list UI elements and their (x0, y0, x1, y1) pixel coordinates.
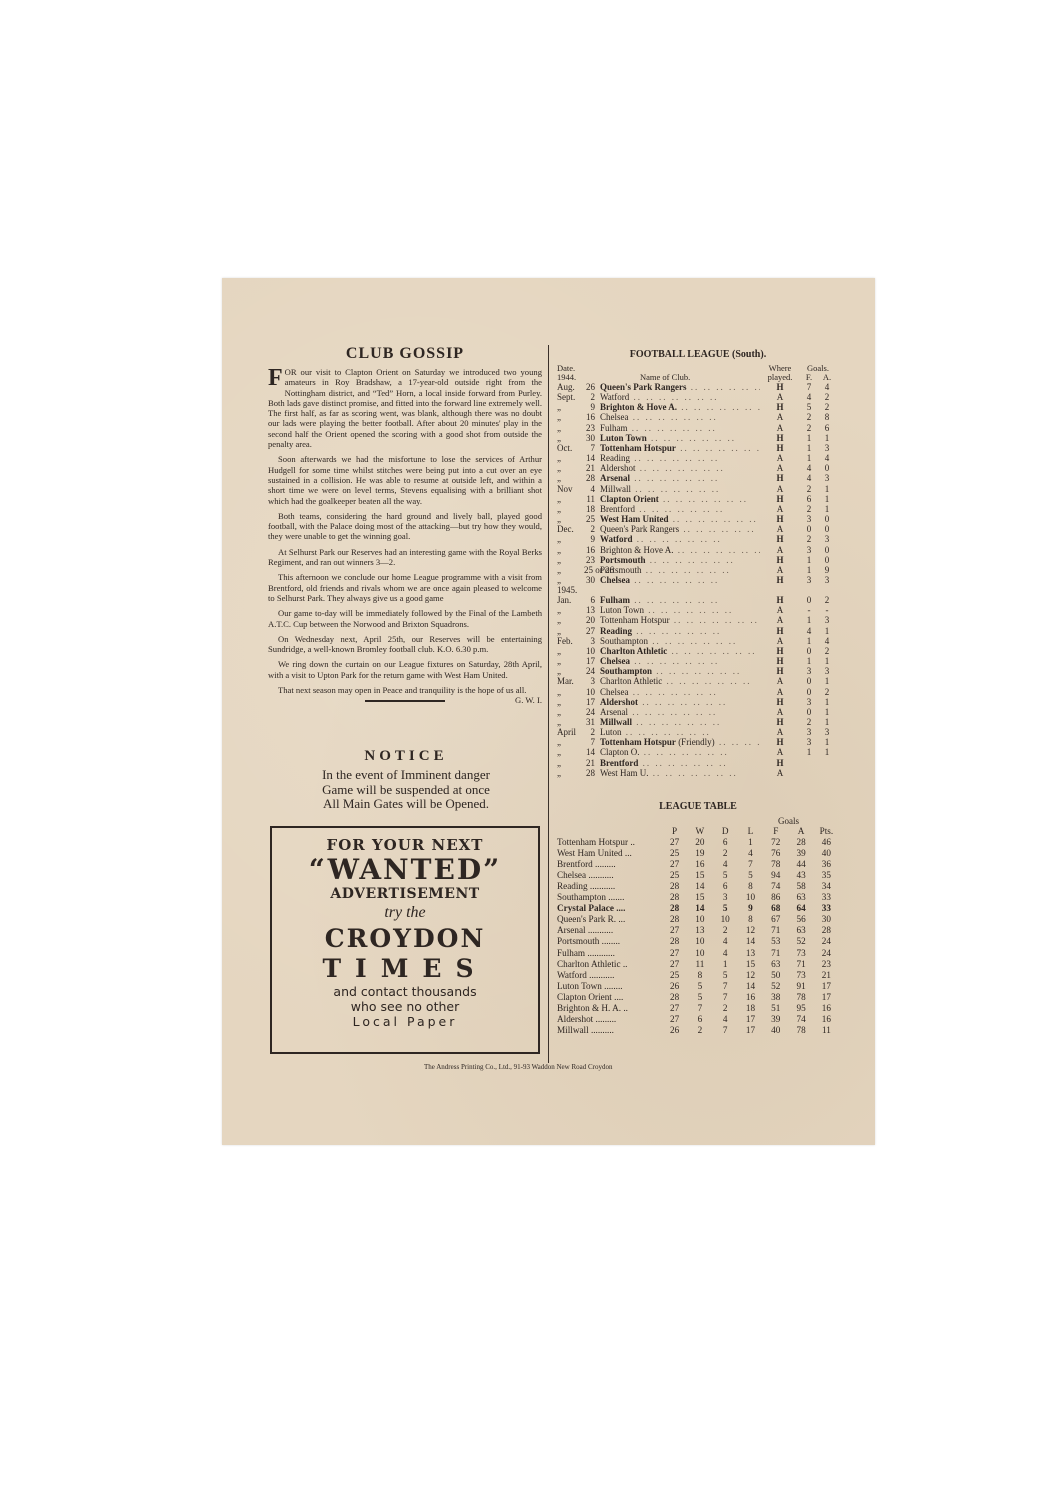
team-name: Southampton ....... (557, 892, 662, 903)
stat-a: 56 (788, 914, 813, 925)
stat-d: 5 (713, 870, 738, 881)
stat-p: 28 (662, 936, 687, 947)
fixture-month: „ (557, 402, 584, 412)
fixture-month: „ (557, 545, 584, 555)
stat-w: 14 (687, 881, 712, 892)
leader-dots: .. .. .. .. .. .. .. (630, 453, 719, 463)
stat-d: 2 (713, 925, 738, 936)
goals-for: 6 (800, 494, 818, 504)
fixture-month: „ (557, 453, 584, 463)
stat-pts: 34 (814, 881, 839, 892)
drop-cap: F (268, 368, 283, 388)
goals-for: 3 (800, 697, 818, 707)
fixture-month: „ (557, 494, 584, 504)
fixture-row: „9Watford .. .. .. .. .. .. ..H23 (557, 534, 839, 544)
year-label: 1945. (557, 585, 839, 595)
fixture-day: 21 (584, 463, 600, 473)
fixture-venue: H (760, 555, 800, 565)
stat-d: 5 (713, 970, 738, 981)
stat-a: 95 (788, 1003, 813, 1014)
goals-for: 4 (800, 463, 818, 473)
leader-dots: .. .. .. .. .. .. .. (632, 717, 721, 727)
stat-p: 28 (662, 992, 687, 1003)
stat-f: 72 (763, 837, 788, 848)
fixture-venue: A (760, 453, 800, 463)
fixture-venue: A (760, 565, 800, 575)
advert-line: who see no other (272, 999, 538, 1014)
leader-dots: .. .. .. .. .. .. .. (629, 392, 718, 402)
club-name: Brentford (600, 504, 635, 514)
stat-p: 25 (662, 848, 687, 859)
fixture-month: Sept. (557, 392, 584, 402)
fixture-day: 3 (584, 676, 600, 686)
goals-against (818, 768, 836, 778)
leader-dots: .. .. .. .. .. .. .. (649, 768, 738, 778)
fixture-month: „ (557, 707, 584, 717)
goals-for: 7 (800, 382, 818, 392)
club-name: Portsmouth (600, 565, 642, 575)
stat-pts: 30 (814, 914, 839, 925)
stat-pts: 35 (814, 870, 839, 881)
stat-a: 63 (788, 925, 813, 936)
goals-against: 1 (818, 707, 836, 717)
stat-d: 7 (713, 992, 738, 1003)
fixture-row: „17Aldershot .. .. .. .. .. .. ..H31 (557, 697, 839, 707)
league-row: Brentford .........271647784436 (557, 859, 839, 870)
stat-a: 74 (788, 1014, 813, 1025)
leader-dots: .. .. .. .. .. .. .. (628, 423, 717, 433)
league-row: Crystal Palace ....281459686433 (557, 903, 839, 914)
fixture-row: „10Charlton Athletic .. .. .. .. .. .. .… (557, 646, 839, 656)
leader-dots: .. .. .. .. .. .. .. (630, 575, 719, 585)
leader-dots: .. .. .. .. .. .. .. (669, 514, 758, 524)
club-name: Fulham (600, 595, 630, 605)
fixture-row: „11Clapton Orient .. .. .. .. .. .. ..H6… (557, 494, 839, 504)
leader-dots: .. .. .. .. .. .. .. (638, 758, 727, 768)
fixture-month: „ (557, 575, 584, 585)
leader-dots: .. .. .. .. .. .. .. (667, 646, 756, 656)
fixture-venue: A (760, 636, 800, 646)
league-header: PWDLFAPts. (557, 826, 839, 837)
goals-for: 3 (800, 514, 818, 524)
fixture-month: „ (557, 666, 584, 676)
fixture-row: „14Reading .. .. .. .. .. .. ..A14 (557, 453, 839, 463)
leader-dots: .. .. .. .. .. .. .. (644, 605, 733, 615)
stat-p: 26 (662, 981, 687, 992)
leader-dots: .. .. .. .. .. .. .. (679, 524, 760, 534)
stat-p: 27 (662, 925, 687, 936)
stat-d: 7 (713, 1025, 738, 1036)
fixture-venue: A (760, 676, 800, 686)
fixture-row: „25 or 26Portsmouth .. .. .. .. .. .. ..… (557, 565, 839, 575)
fixtures-1945: Jan.6Fulham .. .. .. .. .. .. ..H02„13Lu… (557, 595, 839, 778)
stat-p: 27 (662, 1003, 687, 1014)
goals-against: 3 (818, 615, 836, 625)
goals-against: 6 (818, 423, 836, 433)
fixture-day: 9 (584, 534, 600, 544)
fixture-club: West Ham U. .. .. .. .. .. .. .. (600, 768, 760, 778)
stat-p: 28 (662, 903, 687, 914)
fixtures-1944: Aug.26Queen's Park Rangers .. .. .. .. .… (557, 382, 839, 585)
goals-against: 4 (818, 453, 836, 463)
fixture-day: 4 (584, 484, 600, 494)
league-table: LEAGUE TABLE Goals PWDLFAPts. Tottenham … (557, 801, 839, 1036)
goals-for: 1 (800, 555, 818, 565)
fixture-club: Tottenham Hotspur (Friendly) .. .. .. ..… (600, 737, 760, 747)
stat-w: 10 (687, 936, 712, 947)
fixture-row: Aug.26Queen's Park Rangers .. .. .. .. .… (557, 382, 839, 392)
team-name: Brentford ......... (557, 859, 662, 870)
stat-w: 13 (687, 925, 712, 936)
gossip-paragraph: Our game to-day will be immediately foll… (268, 608, 542, 629)
fixture-day: 9 (584, 402, 600, 412)
fixture-month: „ (557, 423, 584, 433)
stat-l: 16 (738, 992, 763, 1003)
fixture-day: 26 (584, 382, 600, 392)
club-name: Brighton & Hove A. (600, 545, 674, 555)
fixture-month: „ (557, 565, 584, 575)
stat-pts: 17 (814, 992, 839, 1003)
fixture-venue: H (760, 697, 800, 707)
stat-p: 28 (662, 892, 687, 903)
fixture-club: Fulham .. .. .. .. .. .. .. (600, 423, 760, 433)
fixture-venue: A (760, 484, 800, 494)
fixture-day: 14 (584, 453, 600, 463)
club-name: Tottenham Hotspur (600, 737, 676, 747)
fixture-venue: H (760, 514, 800, 524)
fixture-month: „ (557, 463, 584, 473)
fixture-club: Charlton Athletic .. .. .. .. .. .. .. (600, 646, 760, 656)
stat-d: 4 (713, 859, 738, 870)
fixture-row: „20Tottenham Hotspur .. .. .. .. .. .. .… (557, 615, 839, 625)
goals-for: 1 (800, 656, 818, 666)
fixture-club: Portsmouth .. .. .. .. .. .. .. (600, 565, 760, 575)
stat-pts: 16 (814, 1003, 839, 1014)
fixture-day: 6 (584, 595, 600, 605)
advert-headline: “WANTED” (272, 854, 538, 886)
stat-w: 14 (687, 903, 712, 914)
stat-l: 8 (738, 914, 763, 925)
header-pts: Pts. (814, 826, 839, 837)
goals-for: 3 (800, 666, 818, 676)
stat-pts: 40 (814, 848, 839, 859)
stat-l: 14 (738, 936, 763, 947)
fixture-row: Nov4Millwall .. .. .. .. .. .. ..A21 (557, 484, 839, 494)
fixture-month: „ (557, 473, 584, 483)
fixture-row: „31Millwall .. .. .. .. .. .. ..H21 (557, 717, 839, 727)
stat-a: 39 (788, 848, 813, 859)
stat-a: 52 (788, 936, 813, 947)
advert-line: Local Paper (272, 1014, 538, 1029)
goals-for: 0 (800, 646, 818, 656)
stat-l: 9 (738, 903, 763, 914)
club-name: Watford (600, 534, 633, 544)
stat-pts: 23 (814, 959, 839, 970)
advert-line: ADVERTISEMENT (272, 886, 538, 902)
stat-p: 27 (662, 837, 687, 848)
leader-dots: .. .. .. .. .. .. .. (648, 636, 737, 646)
leader-dots: .. .. .. .. .. .. .. (640, 747, 729, 757)
fixture-venue: H (760, 382, 800, 392)
stat-p: 26 (662, 1025, 687, 1036)
fixtures-header: Date. Where Goals. (557, 364, 839, 373)
team-name: West Ham United ... (557, 848, 662, 859)
club-name: Tottenham Hotspur (600, 615, 670, 625)
leader-dots: .. .. .. .. .. .. .. (646, 555, 735, 565)
fixture-row: April2Luton .. .. .. .. .. .. ..A33 (557, 727, 839, 737)
leader-dots: .. .. .. .. .. .. .. (632, 626, 721, 636)
fixture-month: Mar. (557, 676, 584, 686)
fixture-venue: H (760, 666, 800, 676)
section-rule (365, 700, 445, 702)
goals-against: 1 (818, 626, 836, 636)
fixture-venue: A (760, 707, 800, 717)
stat-a: 71 (788, 959, 813, 970)
stat-pts: 17 (814, 981, 839, 992)
goals-for: 2 (800, 504, 818, 514)
goals-against: 0 (818, 524, 836, 534)
club-name: West Ham United (600, 514, 669, 524)
team-name: Queen's Park R. ... (557, 914, 662, 925)
league-row: Luton Town ........265714529117 (557, 981, 839, 992)
fixture-row: „21Brentford .. .. .. .. .. .. ..H (557, 758, 839, 768)
leader-dots: .. .. .. .. .. .. .. (662, 676, 751, 686)
club-gossip-column: CLUB GOSSIP FOR our visit to Clapton Ori… (268, 345, 542, 706)
stat-w: 15 (687, 870, 712, 881)
fixture-row: „13Luton Town .. .. .. .. .. .. ..A-- (557, 605, 839, 615)
club-name: Clapton O. (600, 747, 640, 757)
club-name: Millwall (600, 484, 631, 494)
goals-against: 1 (818, 504, 836, 514)
stat-d: 6 (713, 881, 738, 892)
stat-l: 15 (738, 959, 763, 970)
team-name: Watford ........... (557, 970, 662, 981)
fixture-day: 30 (584, 575, 600, 585)
stat-pts: 33 (814, 903, 839, 914)
leader-dots: .. .. .. .. .. .. .. (622, 727, 711, 737)
fixture-club: Arsenal .. .. .. .. .. .. .. (600, 707, 760, 717)
fixture-venue: H (760, 443, 800, 453)
notice-line: All Main Gates will be Opened. (268, 797, 544, 812)
club-name: Tottenham Hotspur (600, 443, 676, 453)
team-name: Reading ........... (557, 881, 662, 892)
club-name: Luton Town (600, 433, 647, 443)
fixture-venue: A (760, 392, 800, 402)
stat-d: 2 (713, 1003, 738, 1014)
fixture-month: „ (557, 514, 584, 524)
stat-l: 14 (738, 981, 763, 992)
leader-dots: .. .. .. .. .. .. .. (629, 412, 718, 422)
stat-w: 20 (687, 837, 712, 848)
stat-w: 5 (687, 981, 712, 992)
fixture-month: Oct. (557, 443, 584, 453)
fixture-venue: H (760, 402, 800, 412)
stat-p: 27 (662, 1014, 687, 1025)
goals-against: 8 (818, 412, 836, 422)
fixture-club: Luton .. .. .. .. .. .. .. (600, 727, 760, 737)
club-name: Portsmouth (600, 555, 646, 565)
fixture-club: Portsmouth .. .. .. .. .. .. .. (600, 555, 760, 565)
team-name: Clapton Orient .... (557, 992, 662, 1003)
goals-for: 1 (800, 615, 818, 625)
fixture-month: „ (557, 697, 584, 707)
leader-dots: .. .. .. .. .. .. .. (635, 504, 724, 514)
league-row: Tottenham Hotspur ..272061722846 (557, 837, 839, 848)
leader-dots: .. .. .. .. .. .. .. (638, 697, 727, 707)
fixture-club: Arsenal .. .. .. .. .. .. .. (600, 473, 760, 483)
team-name: Crystal Palace .... (557, 903, 662, 914)
league-row: Reading ...........281468745834 (557, 881, 839, 892)
signature: G. W. I. (505, 695, 542, 705)
fixture-venue: H (760, 433, 800, 443)
stat-a: 28 (788, 837, 813, 848)
fixture-row: „27Reading .. .. .. .. .. .. ..H41 (557, 626, 839, 636)
fixture-day: 21 (584, 758, 600, 768)
fixture-club: Clapton O. .. .. .. .. .. .. .. (600, 747, 760, 757)
stat-pts: 36 (814, 859, 839, 870)
advert-line: try the (272, 904, 538, 922)
fixture-day: 20 (584, 615, 600, 625)
goals-against: - (818, 605, 836, 615)
fixture-club: Reading .. .. .. .. .. .. .. (600, 453, 760, 463)
goals-against: 1 (818, 484, 836, 494)
stat-d: 6 (713, 837, 738, 848)
fixture-club: Brighton & Hove A. .. .. .. .. .. .. .. (600, 545, 760, 555)
goals-for: 1 (800, 747, 818, 757)
stat-f: 68 (763, 903, 788, 914)
stat-p: 25 (662, 970, 687, 981)
stat-pts: 24 (814, 948, 839, 959)
stat-p: 27 (662, 959, 687, 970)
goals-against: 1 (818, 747, 836, 757)
goals-for: 1 (800, 443, 818, 453)
club-name: Fulham (600, 423, 628, 433)
goals-against: 1 (818, 717, 836, 727)
team-name: Millwall .......... (557, 1025, 662, 1036)
team-name: Charlton Athletic .. (557, 959, 662, 970)
fixture-day: 17 (584, 697, 600, 707)
stat-l: 4 (738, 848, 763, 859)
leader-dots: .. .. .. .. .. .. .. (633, 534, 722, 544)
goals-against: 2 (818, 595, 836, 605)
stat-l: 13 (738, 948, 763, 959)
fixture-day: 25 or 26 (584, 565, 600, 575)
fixture-club: Chelsea .. .. .. .. .. .. .. (600, 412, 760, 422)
stat-d: 10 (713, 914, 738, 925)
stat-w: 15 (687, 892, 712, 903)
fixture-venue: A (760, 504, 800, 514)
goals-against: 1 (818, 656, 836, 666)
stat-f: 94 (763, 870, 788, 881)
league-row: Brighton & H. A. ..277218519516 (557, 1003, 839, 1014)
team-name: Arsenal ........... (557, 925, 662, 936)
fixture-day: 28 (584, 473, 600, 483)
fixture-club: Southampton .. .. .. .. .. .. .. (600, 636, 760, 646)
advert-brand: CROYDON (272, 924, 538, 954)
goals-for: 4 (800, 473, 818, 483)
fixture-row: „24Southampton .. .. .. .. .. .. ..H33 (557, 666, 839, 676)
goals-for: 3 (800, 575, 818, 585)
fixture-row: „9Brighton & Hove A. .. .. .. .. .. .. .… (557, 402, 839, 412)
goals-for: 1 (800, 565, 818, 575)
goals-against: 4 (818, 636, 836, 646)
goals-against: 9 (818, 565, 836, 575)
stat-a: 58 (788, 881, 813, 892)
goals-against: 0 (818, 555, 836, 565)
stat-a: 43 (788, 870, 813, 881)
fixture-row: „25West Ham United .. .. .. .. .. .. ..H… (557, 514, 839, 524)
league-body: Tottenham Hotspur ..272061722846West Ham… (557, 837, 839, 1036)
club-name: Chelsea (600, 412, 629, 422)
advert-brand: TIMES (272, 954, 538, 984)
fixture-day: 18 (584, 504, 600, 514)
club-name: Brighton & Hove A. (600, 402, 677, 412)
goals-for: 3 (800, 545, 818, 555)
fixture-venue: A (760, 524, 800, 534)
fixture-club: Chelsea .. .. .. .. .. .. .. (600, 656, 760, 666)
team-name: Aldershot ......... (557, 1014, 662, 1025)
league-row: Portsmouth ........2810414535224 (557, 936, 839, 947)
goals-for: - (800, 605, 818, 615)
league-row: Queen's Park R. ...2810108675630 (557, 914, 839, 925)
team-name: Brighton & H. A. .. (557, 1003, 662, 1014)
fixture-venue: A (760, 615, 800, 625)
league-row: Fulham ............2710413717324 (557, 948, 839, 959)
league-row: Arsenal ...........2713212716328 (557, 925, 839, 936)
fixture-venue: A (760, 605, 800, 615)
advert-line: FOR YOUR NEXT (272, 836, 538, 854)
goals-against: 3 (818, 666, 836, 676)
fixture-row: Sept.2Watford .. .. .. .. .. .. ..A42 (557, 392, 839, 402)
stat-p: 27 (662, 859, 687, 870)
fixture-month: „ (557, 747, 584, 757)
fixture-row: „28West Ham U. .. .. .. .. .. .. ..A (557, 768, 839, 778)
fixture-month: „ (557, 615, 584, 625)
stat-w: 10 (687, 948, 712, 959)
goals-against: 1 (818, 737, 836, 747)
fixture-club: Millwall .. .. .. .. .. .. .. (600, 484, 760, 494)
leader-dots: .. .. .. .. .. .. .. (630, 656, 719, 666)
stat-p: 25 (662, 870, 687, 881)
stat-a: 78 (788, 1025, 813, 1036)
goals-for: 2 (800, 534, 818, 544)
stat-d: 5 (713, 903, 738, 914)
fixture-month: „ (557, 555, 584, 565)
stat-pts: 21 (814, 970, 839, 981)
goals-for: 4 (800, 626, 818, 636)
croydon-times-advert: FOR YOUR NEXT “WANTED” ADVERTISEMENT try… (270, 826, 540, 1054)
fixture-club: Fulham .. .. .. .. .. .. .. (600, 595, 760, 605)
goals-against: 1 (818, 676, 836, 686)
fixture-day: 31 (584, 717, 600, 727)
stat-d: 4 (713, 936, 738, 947)
leader-dots: .. .. .. .. .. .. .. (652, 666, 741, 676)
goals-against: 0 (818, 545, 836, 555)
fixture-venue: A (760, 463, 800, 473)
stat-w: 6 (687, 1014, 712, 1025)
advert-line: and contact thousands (272, 984, 538, 999)
fixture-month: „ (557, 605, 584, 615)
fixture-day: 30 (584, 433, 600, 443)
fixture-month: „ (557, 646, 584, 656)
goals-for: 0 (800, 595, 818, 605)
stat-f: 76 (763, 848, 788, 859)
goals-against: 2 (818, 687, 836, 697)
stat-d: 7 (713, 981, 738, 992)
gossip-paragraph: Soon afterwards we had the misfortune to… (268, 454, 542, 505)
fixture-row: „28Arsenal .. .. .. .. .. .. ..H43 (557, 473, 839, 483)
fixture-month: April (557, 727, 584, 737)
